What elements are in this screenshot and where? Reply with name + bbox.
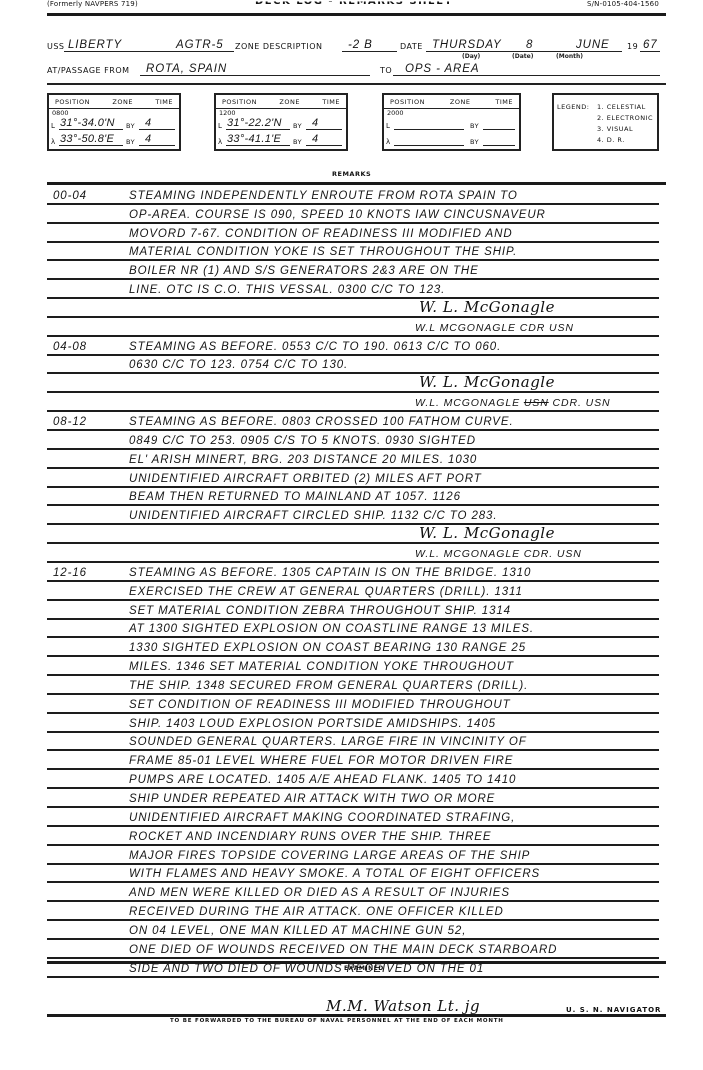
date-label: DATE bbox=[400, 42, 423, 51]
remarks-text: THE SHIP. 1348 SECURED FROM GENERAL QUAR… bbox=[129, 680, 528, 692]
officer-name: W.L McGONAGLE CDR USN bbox=[415, 322, 574, 334]
remarks-text: 0630 C/C TO 123. 0754 C/C TO 130. bbox=[129, 359, 348, 371]
remarks-line: BOILER NR (1) AND S/S GENERATORS 2&3 ARE… bbox=[47, 261, 659, 280]
remarks-text: OP-AREA. COURSE IS 090, SPEED 10 KNOTS I… bbox=[129, 209, 546, 221]
remarks-line: 08-12STEAMING AS BEFORE. 0803 CROSSED 10… bbox=[47, 412, 659, 431]
remarks-text: 1330 SIGHTED EXPLOSION ON COAST BEARING … bbox=[129, 642, 526, 654]
longitude-row: λ 33°-50.8'E BY 4 bbox=[51, 133, 175, 146]
by-label: BY bbox=[126, 122, 135, 130]
legend-item: 1. CELESTIAL bbox=[597, 103, 646, 111]
time-col-label: TIME bbox=[495, 98, 513, 106]
latitude-row: L BY bbox=[386, 117, 515, 130]
remarks-text: MATERIAL CONDITION YOKE IS SET THROUGHOU… bbox=[129, 246, 517, 258]
date-value: 8 bbox=[526, 39, 533, 51]
remarks-text: UNIDENTIFIED AIRCRAFT ORBITED (2) MILES … bbox=[129, 473, 482, 485]
officer-rank: CDR. USN bbox=[553, 397, 611, 409]
remarks-text: AND MEN WERE KILLED OR DIED AS A RESULT … bbox=[129, 887, 510, 899]
remarks-text: UNIDENTIFIED AIRCRAFT MAKING COORDINATED… bbox=[129, 812, 515, 824]
position-col-label: POSITION bbox=[222, 98, 257, 106]
remarks-heading: REMARKS bbox=[332, 170, 371, 178]
longitude-value: 33°-50.8'E bbox=[60, 133, 114, 145]
remarks-text: SIDE AND TWO DIED OF WOUNDS RECEIVED ON … bbox=[129, 963, 484, 975]
latitude-row: L 31°-22.2'N BY 4 bbox=[218, 117, 342, 130]
remarks-line: W. L. McGonagle bbox=[47, 299, 659, 318]
remarks-text: SET CONDITION OF READINESS III MODIFIED … bbox=[129, 699, 511, 711]
remarks-line: W.L. McGONAGLE CDR. USN bbox=[47, 544, 659, 563]
remarks-line: ON 04 LEVEL, ONE MAN KILLED AT MACHINE G… bbox=[47, 921, 659, 940]
remarks-text: SHIP UNDER REPEATED AIR ATTACK WITH TWO … bbox=[129, 793, 495, 805]
zone-col-label: ZONE bbox=[279, 98, 300, 106]
remarks-text: RECEIVED DURING THE AIR ATTACK. ONE OFFI… bbox=[129, 906, 504, 918]
remarks-line: LINE. OTC IS C.O. THIS VESSAL. 0300 C/C … bbox=[47, 280, 659, 299]
officer-name-text: W.L McGONAGLE CDR USN bbox=[415, 322, 574, 334]
remarks-line: W. L. McGonagle bbox=[47, 525, 659, 544]
ship-name-field: LIBERTY AGTR-5 bbox=[64, 38, 234, 52]
remarks-line: 0849 C/C TO 253. 0905 C/S TO 5 KNOTS. 09… bbox=[47, 431, 659, 450]
month-value: JUNE bbox=[576, 39, 610, 51]
remarks-line: 0630 C/C TO 123. 0754 C/C TO 130. bbox=[47, 356, 659, 375]
longitude-symbol: λ bbox=[218, 138, 222, 146]
by-label: BY bbox=[126, 138, 135, 146]
latitude-value: 31°-22.2'N bbox=[227, 117, 282, 129]
remarks-line: SET CONDITION OF READINESS III MODIFIED … bbox=[47, 695, 659, 714]
latitude-row: L 31°-34.0'N BY 4 bbox=[51, 117, 175, 130]
zone-col-label: ZONE bbox=[112, 98, 133, 106]
remarks-line: THE SHIP. 1348 SECURED FROM GENERAL QUAR… bbox=[47, 676, 659, 695]
zone-description-label: ZONE DESCRIPTION bbox=[235, 42, 323, 51]
remarks-line: 12-16STEAMING AS BEFORE. 1305 CAPTAIN IS… bbox=[47, 563, 659, 582]
ship-name: LIBERTY bbox=[68, 39, 122, 51]
day-sublabel: (Day) bbox=[462, 53, 480, 60]
position-box-header: POSITION ZONE TIME bbox=[384, 95, 519, 109]
remarks-text: SOUNDED GENERAL QUARTERS. LARGE FIRE IN … bbox=[129, 736, 527, 748]
position-col-label: POSITION bbox=[390, 98, 425, 106]
officer-signature: W. L. McGonagle bbox=[419, 373, 555, 391]
position-box-header: POSITION ZONE TIME bbox=[49, 95, 179, 109]
remarks-line: MILES. 1346 SET MATERIAL CONDITION YOKE … bbox=[47, 657, 659, 676]
remarks-line: W.L. McGONAGLE USN CDR. USN bbox=[47, 393, 659, 412]
remarks-text: 0849 C/C TO 253. 0905 C/S TO 5 KNOTS. 09… bbox=[129, 435, 476, 447]
remarks-text: STEAMING INDEPENDENTLY ENROUTE FROM ROTA… bbox=[129, 190, 518, 202]
remarks-line: AT 1300 SIGHTED EXPLOSION ON COASTLINE R… bbox=[47, 620, 659, 639]
by-label: BY bbox=[293, 122, 302, 130]
remarks-line: RECEIVED DURING THE AIR ATTACK. ONE OFFI… bbox=[47, 902, 659, 921]
remarks-text: PUMPS ARE LOCATED. 1405 A/E AHEAD FLANK.… bbox=[129, 774, 516, 786]
officer-name-text: W.L. McGONAGLE CDR. USN bbox=[415, 548, 582, 560]
remarks-text: STEAMING AS BEFORE. 0803 CROSSED 100 FAT… bbox=[129, 416, 514, 428]
hull-number: AGTR-5 bbox=[176, 39, 224, 51]
latitude-method: 4 bbox=[145, 117, 152, 129]
watch-period: 08-12 bbox=[53, 416, 87, 428]
officer-signature: W. L. McGonagle bbox=[419, 524, 555, 542]
form-title: DECK LOG - REMARKS SHEET bbox=[255, 0, 453, 7]
watch-period: 04-08 bbox=[53, 341, 87, 353]
remarks-line: SHIP. 1403 LOUD EXPLOSION PORTSIDE AMIDS… bbox=[47, 714, 659, 733]
remarks-text: ON 04 LEVEL, ONE MAN KILLED AT MACHINE G… bbox=[129, 925, 466, 937]
remarks-text: MOVORD 7-67. CONDITION OF READINESS III … bbox=[129, 228, 513, 240]
longitude-symbol: λ bbox=[51, 138, 55, 146]
remarks-text: STEAMING AS BEFORE. 0553 C/C TO 190. 061… bbox=[129, 341, 501, 353]
fix-method-legend: LEGEND: 1. CELESTIAL 2. ELECTRONIC 3. VI… bbox=[552, 93, 659, 151]
time-col-label: TIME bbox=[155, 98, 173, 106]
position-box-header: POSITION ZONE TIME bbox=[216, 95, 346, 109]
longitude-symbol: λ bbox=[386, 138, 390, 146]
remarks-text: SET MATERIAL CONDITION ZEBRA THROUGHOUT … bbox=[129, 605, 511, 617]
day-value: THURSDAY bbox=[432, 39, 502, 51]
date-sublabel: (Date) bbox=[512, 53, 533, 60]
legend-item: 2. ELECTRONIC bbox=[597, 114, 653, 122]
remarks-line: EXERCISED THE CREW AT GENERAL QUARTERS (… bbox=[47, 582, 659, 601]
remarks-line: AND MEN WERE KILLED OR DIED AS A RESULT … bbox=[47, 883, 659, 902]
remarks-text: WITH FLAMES AND HEAVY SMOKE. A TOTAL OF … bbox=[129, 868, 540, 880]
navigator-signature: M.M. Watson Lt. jg bbox=[326, 997, 480, 1015]
passage-from: ROTA, SPAIN bbox=[146, 63, 227, 75]
position-box-1200: POSITION ZONE TIME 1200 L 31°-22.2'N BY … bbox=[214, 93, 348, 151]
by-label: BY bbox=[293, 138, 302, 146]
legend-label: LEGEND: bbox=[557, 103, 589, 111]
remarks-text: FRAME 85-01 LEVEL WHERE FUEL FOR MOTOR D… bbox=[129, 755, 513, 767]
zone-description: -2 B bbox=[348, 39, 373, 51]
remarks-line: EL' ARISH MINERT, BRG. 203 DISTANCE 20 M… bbox=[47, 450, 659, 469]
officer-name: W.L. McGONAGLE USN CDR. USN bbox=[415, 397, 610, 409]
remarks-line: FRAME 85-01 LEVEL WHERE FUEL FOR MOTOR D… bbox=[47, 752, 659, 771]
remarks-text: MAJOR FIRES TOPSIDE COVERING LARGE AREAS… bbox=[129, 850, 530, 862]
header-rule bbox=[47, 83, 666, 85]
date-field: THURSDAY 8 JUNE bbox=[426, 38, 622, 52]
remarks-line: UNIDENTIFIED AIRCRAFT CIRCLED SHIP. 1132… bbox=[47, 506, 659, 525]
remarks-bottom-rule bbox=[47, 961, 666, 964]
remarks-text: MILES. 1346 SET MATERIAL CONDITION YOKE … bbox=[129, 661, 514, 673]
remarks-text: SHIP. 1403 LOUD EXPLOSION PORTSIDE AMIDS… bbox=[129, 718, 496, 730]
legend-item: 3. VISUAL bbox=[597, 125, 633, 133]
remarks-line: SET MATERIAL CONDITION ZEBRA THROUGHOUT … bbox=[47, 601, 659, 620]
remarks-line: UNIDENTIFIED AIRCRAFT ORBITED (2) MILES … bbox=[47, 469, 659, 488]
remarks-text: ROCKET AND INCENDIARY RUNS OVER THE SHIP… bbox=[129, 831, 491, 843]
remarks-line: BEAM THEN RETURNED TO MAINLAND AT 1057. … bbox=[47, 488, 659, 507]
examined-label: EXAMINED bbox=[344, 965, 384, 972]
remarks-text: AT 1300 SIGHTED EXPLOSION ON COASTLINE R… bbox=[129, 623, 534, 635]
remarks-line: SHIP UNDER REPEATED AIR ATTACK WITH TWO … bbox=[47, 789, 659, 808]
remarks-line: MAJOR FIRES TOPSIDE COVERING LARGE AREAS… bbox=[47, 846, 659, 865]
remarks-line: PUMPS ARE LOCATED. 1405 A/E AHEAD FLANK.… bbox=[47, 770, 659, 789]
officer-signature: W. L. McGonagle bbox=[419, 298, 555, 316]
longitude-row: λ BY bbox=[386, 133, 515, 146]
passage-to-field: OPS - AREA bbox=[393, 62, 660, 76]
year-value: 67 bbox=[643, 39, 658, 51]
longitude-method: 4 bbox=[312, 133, 319, 145]
latitude-symbol: L bbox=[218, 122, 222, 130]
remarks-top-rule bbox=[47, 182, 666, 185]
forwarding-instruction: TO BE FORWARDED TO THE BUREAU OF NAVAL P… bbox=[170, 1018, 504, 1024]
stock-number: S/N-0105-404-1560 bbox=[587, 0, 659, 8]
remarks-line: UNIDENTIFIED AIRCRAFT MAKING COORDINATED… bbox=[47, 808, 659, 827]
latitude-symbol: L bbox=[386, 122, 390, 130]
remarks-text: ONE DIED OF WOUNDS RECEIVED ON THE MAIN … bbox=[129, 944, 557, 956]
remarks-line: 00-04STEAMING INDEPENDENTLY ENROUTE FROM… bbox=[47, 186, 659, 205]
latitude-symbol: L bbox=[51, 122, 55, 130]
by-label: BY bbox=[470, 138, 479, 146]
passage-to-label: TO bbox=[380, 66, 392, 75]
remarks-line: MOVORD 7-67. CONDITION OF READINESS III … bbox=[47, 224, 659, 243]
passage-to: OPS - AREA bbox=[405, 63, 479, 75]
passage-from-label: AT/PASSAGE FROM bbox=[47, 66, 130, 75]
latitude-method: 4 bbox=[312, 117, 319, 129]
remarks-line: ROCKET AND INCENDIARY RUNS OVER THE SHIP… bbox=[47, 827, 659, 846]
year-field: 67 bbox=[640, 38, 660, 52]
remarks-text: BOILER NR (1) AND S/S GENERATORS 2&3 ARE… bbox=[129, 265, 479, 277]
uss-label: USS bbox=[47, 42, 65, 51]
watch-period: 12-16 bbox=[53, 567, 87, 579]
zone-col-label: ZONE bbox=[450, 98, 471, 106]
footer-rule bbox=[47, 1014, 666, 1017]
officer-name-text: W.L. McGONAGLE bbox=[415, 397, 520, 409]
position-box-2000: POSITION ZONE TIME 2000 L BY λ BY bbox=[382, 93, 521, 151]
navigator-title: U. S. N. NAVIGATOR bbox=[566, 1006, 661, 1014]
remarks-text: BEAM THEN RETURNED TO MAINLAND AT 1057. … bbox=[129, 491, 461, 503]
remarks-line: 1330 SIGHTED EXPLOSION ON COAST BEARING … bbox=[47, 638, 659, 657]
form-former-designation: (Formerly NAVPERS 719) bbox=[47, 0, 138, 8]
remarks-text: LINE. OTC IS C.O. THIS VESSAL. 0300 C/C … bbox=[129, 284, 445, 296]
remarks-text: STEAMING AS BEFORE. 1305 CAPTAIN IS ON T… bbox=[129, 567, 531, 579]
longitude-value: 33°-41.1'E bbox=[227, 133, 281, 145]
struck-text: USN bbox=[524, 397, 549, 409]
remarks-line: WITH FLAMES AND HEAVY SMOKE. A TOTAL OF … bbox=[47, 865, 659, 884]
legend-item: 4. D. R. bbox=[597, 136, 625, 144]
remarks-line: ONE DIED OF WOUNDS RECEIVED ON THE MAIN … bbox=[47, 940, 659, 959]
remarks-line: OP-AREA. COURSE IS 090, SPEED 10 KNOTS I… bbox=[47, 205, 659, 224]
zone-description-field: -2 B bbox=[342, 38, 397, 52]
longitude-row: λ 33°-41.1'E BY 4 bbox=[218, 133, 342, 146]
remarks-line: W. L. McGonagle bbox=[47, 375, 659, 394]
header-divider bbox=[47, 13, 666, 16]
position-box-0800: POSITION ZONE TIME 0800 L 31°-34.0'N BY … bbox=[47, 93, 181, 151]
remarks-text: UNIDENTIFIED AIRCRAFT CIRCLED SHIP. 1132… bbox=[129, 510, 497, 522]
year-prefix: 19 bbox=[627, 42, 638, 51]
remarks-text: EXERCISED THE CREW AT GENERAL QUARTERS (… bbox=[129, 586, 523, 598]
remarks-line: MATERIAL CONDITION YOKE IS SET THROUGHOU… bbox=[47, 243, 659, 262]
latitude-value: 31°-34.0'N bbox=[60, 117, 115, 129]
time-col-label: TIME bbox=[322, 98, 340, 106]
position-col-label: POSITION bbox=[55, 98, 90, 106]
remarks-text: EL' ARISH MINERT, BRG. 203 DISTANCE 20 M… bbox=[129, 454, 477, 466]
officer-name: W.L. McGONAGLE CDR. USN bbox=[415, 548, 582, 560]
remarks-line: W.L McGONAGLE CDR USN bbox=[47, 318, 659, 337]
by-label: BY bbox=[470, 122, 479, 130]
longitude-method: 4 bbox=[145, 133, 152, 145]
passage-from-field: ROTA, SPAIN bbox=[140, 62, 370, 76]
remarks-line: SOUNDED GENERAL QUARTERS. LARGE FIRE IN … bbox=[47, 733, 659, 752]
watch-period: 00-04 bbox=[53, 190, 87, 202]
month-sublabel: (Month) bbox=[556, 53, 583, 60]
remarks-line: 04-08STEAMING AS BEFORE. 0553 C/C TO 190… bbox=[47, 337, 659, 356]
